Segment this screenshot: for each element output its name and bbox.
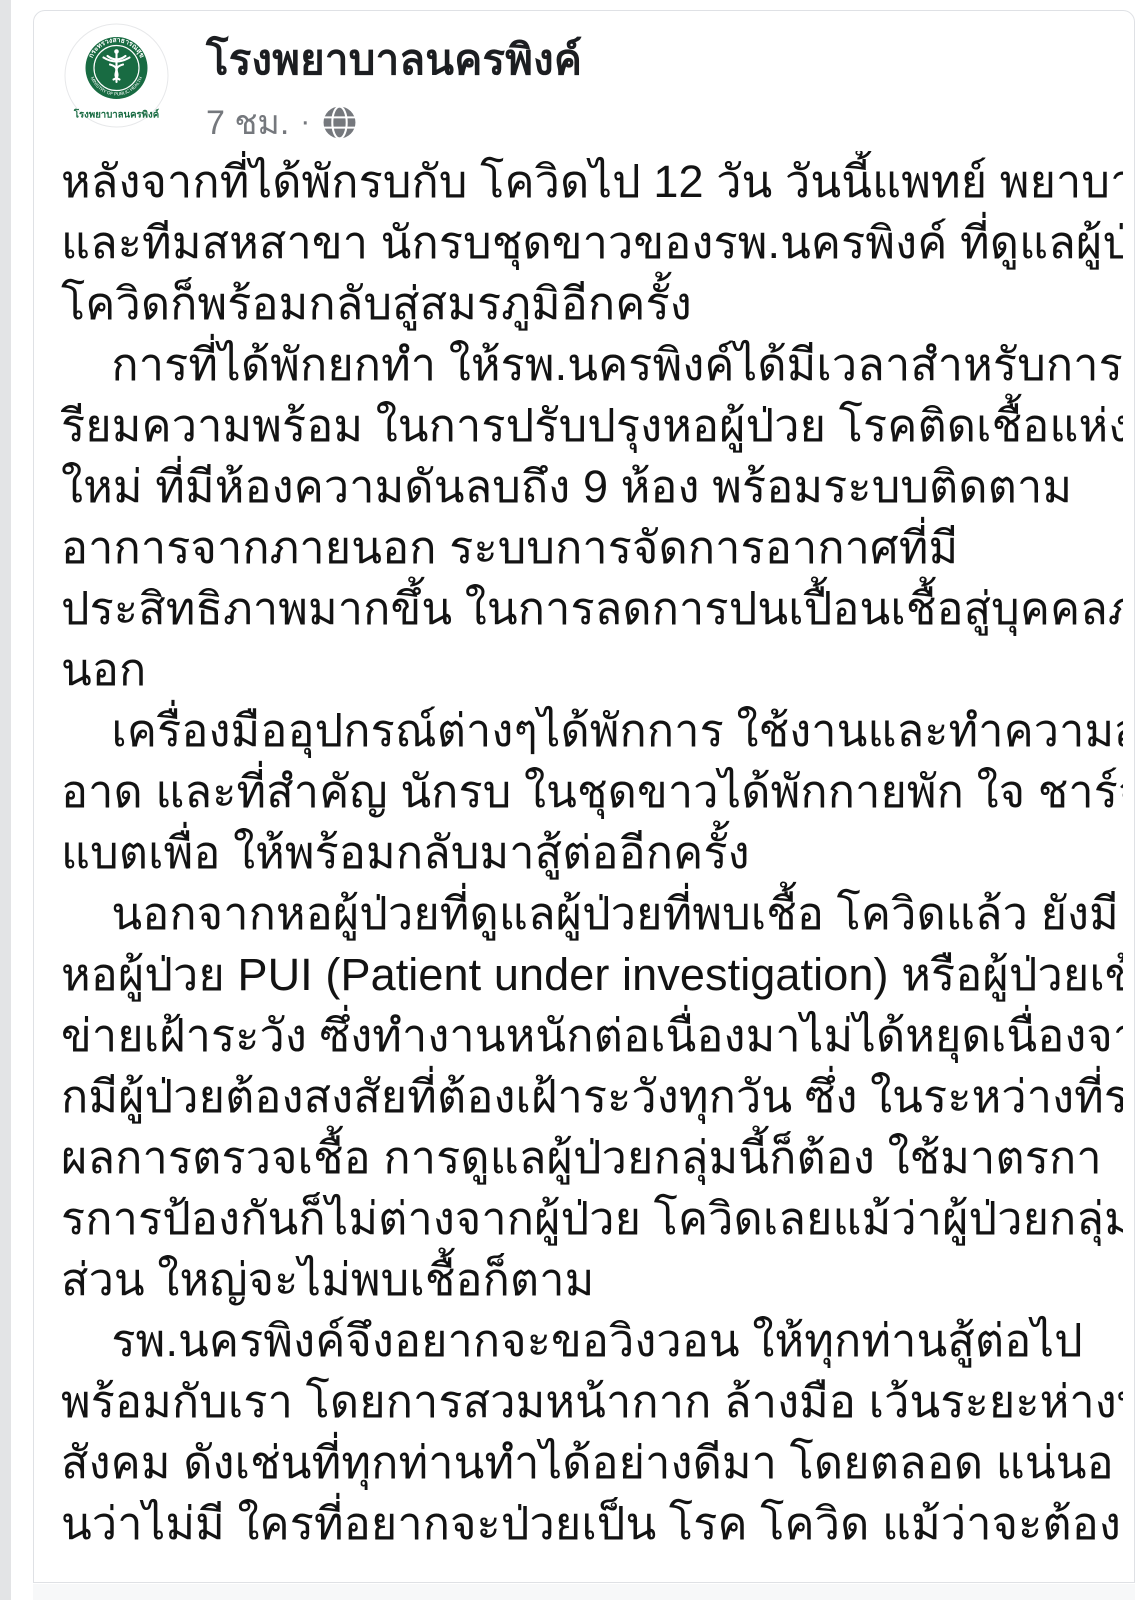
post-timestamp[interactable]: 7 ชม. xyxy=(206,95,289,149)
page-avatar[interactable]: กระทรวงสาธารณสุข MINISTRY OF PUBLIC HEAL… xyxy=(64,23,169,128)
next-card-sliver xyxy=(33,1584,1135,1600)
globe-icon xyxy=(321,104,358,141)
post-header-text: โรงพยาบาลนครพิงค์ 7 ชม. · xyxy=(206,37,582,149)
seal-hospital-label: โรงพยาบาลนครพิงค์ xyxy=(73,109,159,121)
post-meta-row: 7 ชม. · xyxy=(206,95,582,149)
meta-dot-separator: · xyxy=(300,105,310,139)
post-text: หลังจากที่ได้พักรบกับ โควิดไป 12 วัน วัน… xyxy=(61,151,1123,1576)
moph-seal-logo: กระทรวงสาธารณสุข MINISTRY OF PUBLIC HEAL… xyxy=(64,23,169,128)
post-header: กระทรวงสาธารณสุข MINISTRY OF PUBLIC HEAL… xyxy=(64,23,1114,143)
page-name-link[interactable]: โรงพยาบาลนครพิงค์ xyxy=(206,37,582,83)
screen-edge-strip xyxy=(0,0,11,1600)
facebook-post-card: กระทรวงสาธารณสุข MINISTRY OF PUBLIC HEAL… xyxy=(33,10,1135,1583)
